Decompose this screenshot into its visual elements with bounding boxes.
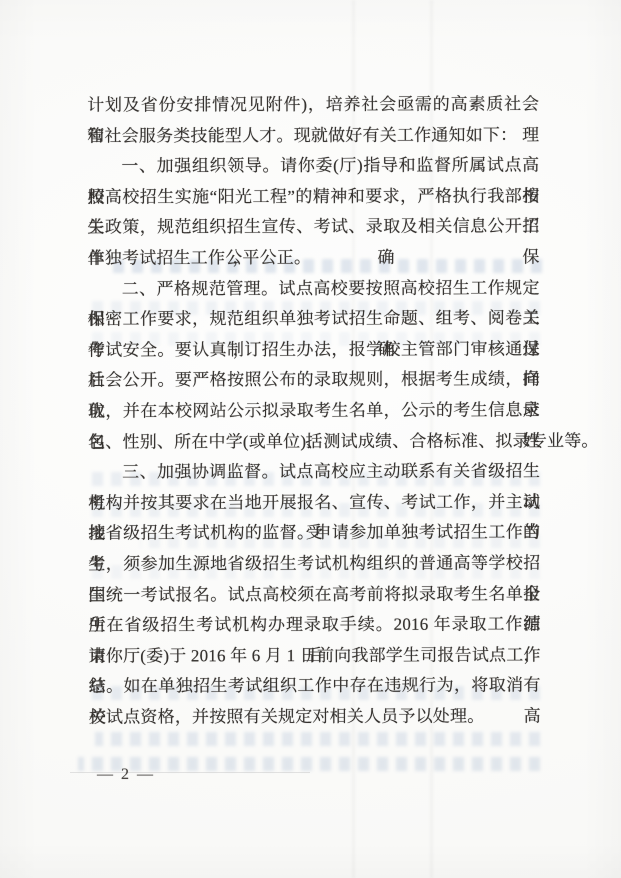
document-line: 计划及省份安排情况见附件)，培养社会亟需的高素质社会管理: [87, 89, 539, 121]
document-line: 机构并按其要求在当地开展报名、宣传、考试工作，并主动接受当: [88, 487, 540, 519]
document-line: 保密工作要求，规范组织单独考试招生命题、组考、阅卷工作，确保: [88, 304, 540, 336]
scanned-document-page: { "page": { "number_label": "— 2 —", "co…: [0, 0, 621, 878]
document-line: 结。如在单独招生考试组织工作中存在违规行为，将取消有关高: [89, 671, 541, 703]
document-body-text: 计划及省份安排情况见附件)，培养社会亟需的高素质社会管理 和社会服务类技能型人才…: [87, 89, 541, 733]
document-line: 地省级招生考试机构的监督。申请参加单独考试招生工作的考: [88, 518, 540, 550]
document-line: 和社会服务类技能型人才。现就做好有关工作通知如下：: [87, 120, 539, 152]
document-line section-3-heading-line: 三、加强协调监督。试点高校应主动联系有关省级招生考试: [88, 457, 540, 489]
document-line: 取，并在本校网站公示拟录取考生名单，公示的考生信息应包括姓: [88, 395, 540, 427]
document-line: 考试安全。要认真制订招生办法，报学校主管部门审核通过后向: [88, 334, 540, 366]
document-line: 请你厅(委)于 2016 年 6 月 1 日前向我部学生司报告试点工作总: [89, 640, 541, 672]
document-line section-2-heading-line: 二、严格规范管理。试点高校要按照高校招生工作规定相关: [88, 273, 540, 305]
document-line: 名、性别、所在中学(或单位)、测试成绩、合格标准、拟录专业等。: [88, 426, 540, 458]
document-line section-1-heading-line: 一、加强组织领导。请你委(厅)指导和监督所属试点高校按: [87, 151, 539, 183]
document-line: 生，须参加生源地省级招生考试机构组织的普通高等学校招生全: [88, 548, 540, 580]
document-line: 生政策，规范组织招生宣传、考试、录取及相关信息公开工作，确保: [87, 212, 539, 244]
bleed-through-text: [95, 732, 540, 746]
document-line: 国统一考试报名。试点高校须在高考前将拟录取考生名单报生源: [88, 579, 540, 611]
document-line: 照高校招生实施“阳光工程”的精神和要求，严格执行我部相关招: [87, 181, 539, 213]
document-line: 社会公开。要严格按照公布的录取规则，根据考生成绩，择优录: [88, 365, 540, 397]
document-line: 校试点资格，并按照有关规定对相关人员予以处理。: [89, 701, 541, 733]
page-number: — 2 —: [97, 766, 155, 784]
document-line: 所在省级招生考试机构办理录取手续。2016 年录取工作结束后，: [89, 610, 541, 642]
